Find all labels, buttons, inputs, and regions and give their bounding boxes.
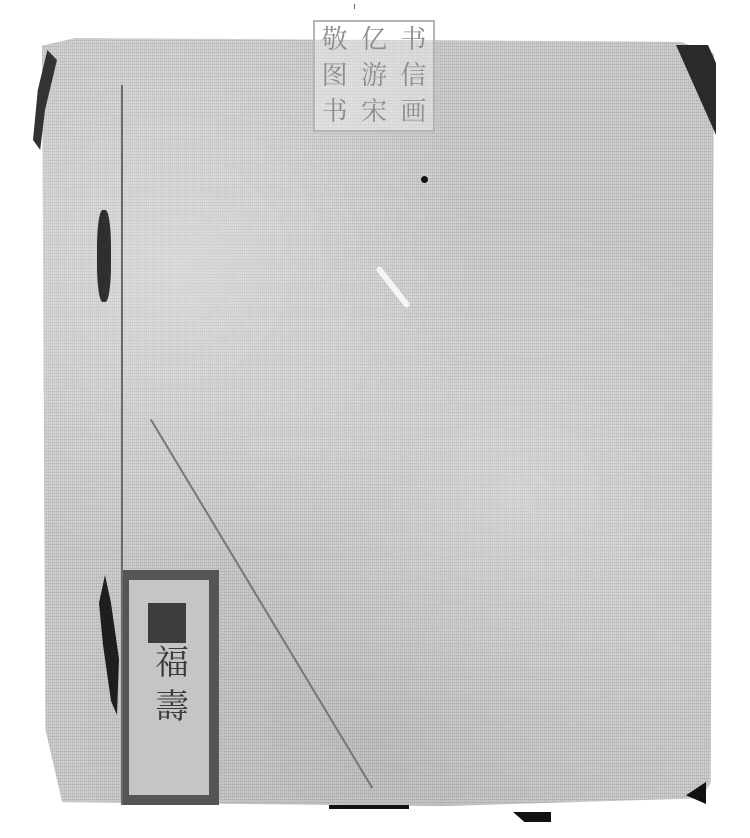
seal-char: 宋 <box>354 94 393 130</box>
bottom-edge-mark <box>329 805 409 809</box>
seal-char: 游 <box>354 58 393 94</box>
bottom-edge-mark <box>513 812 551 822</box>
ink-dot <box>421 176 428 183</box>
seal-top: 敬 亿 书 图 游 信 书 宋 画 <box>313 20 435 132</box>
seal-char: 书 <box>315 94 354 130</box>
seal-char: 画 <box>394 94 433 130</box>
seal-char: 图 <box>315 58 354 94</box>
seal-inner-block <box>148 603 186 643</box>
seal-bottom-text: 福壽 <box>145 644 194 732</box>
seal-char: 书 <box>394 22 433 58</box>
seal-char: 敬 <box>315 22 354 58</box>
tear-mark-upper <box>97 210 111 302</box>
seal-char: 亿 <box>354 22 393 58</box>
seal-char: 信 <box>394 58 433 94</box>
scan-mark <box>354 4 355 9</box>
